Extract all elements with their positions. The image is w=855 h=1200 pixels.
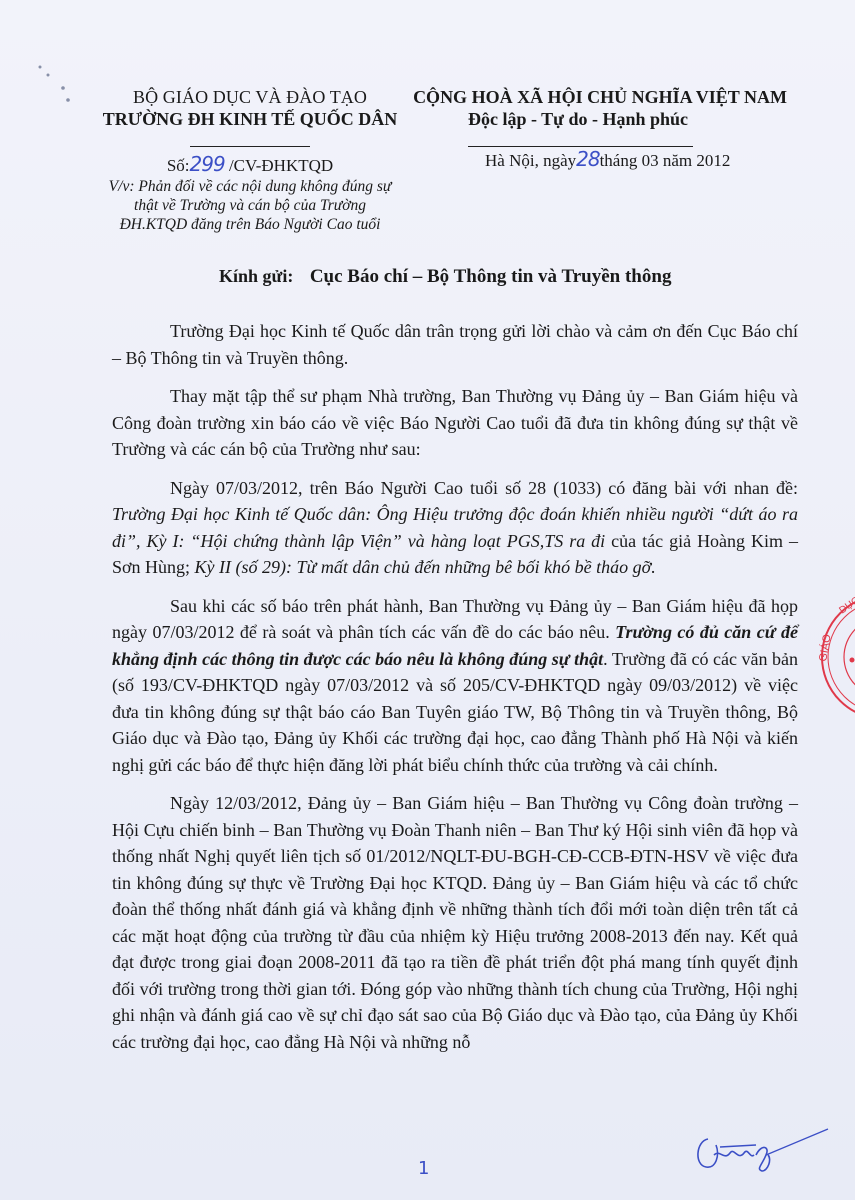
page-number: 1 bbox=[418, 1158, 429, 1179]
issuer-header: BỘ GIÁO DỤC VÀ ĐÀO TẠO TRƯỜNG ĐH KINH TẾ… bbox=[80, 86, 420, 234]
header-divider bbox=[190, 146, 310, 147]
doc-number-label: Số: bbox=[167, 156, 190, 175]
place-date: Hà Nội, ngày28tháng 03 năm 2012 bbox=[485, 148, 730, 172]
text-run: Ngày 07/03/2012, trên Báo Người Cao tuổi… bbox=[170, 478, 798, 498]
date-rest: tháng 03 năm 2012 bbox=[600, 151, 731, 170]
subject-line: V/v: Phản đối về các nội dung không đúng… bbox=[100, 177, 400, 234]
paragraph: Trường Đại học Kinh tế Quốc dân trân trọ… bbox=[112, 318, 798, 371]
doc-number-handwritten: 299 bbox=[190, 152, 225, 176]
svg-text:GIÁO: GIÁO bbox=[816, 633, 834, 663]
paragraph: Thay mặt tập thể sư phạm Nhà trường, Ban… bbox=[112, 383, 798, 463]
day-handwritten: 28 bbox=[576, 147, 599, 171]
staple-marks bbox=[30, 55, 80, 115]
national-motto: Độc lập - Tự do - Hạnh phúc bbox=[378, 108, 778, 130]
doc-number-code: /CV-ĐHKTQD bbox=[225, 156, 333, 175]
national-header: CỘNG HOÀ XÃ HỘI CHỦ NGHĨA VIỆT NAM Độc l… bbox=[400, 86, 800, 151]
recipient-label: Kính gửi: bbox=[219, 266, 293, 286]
nation-name: CỘNG HOÀ XÃ HỘI CHỦ NGHĨA VIỆT NAM bbox=[400, 86, 800, 108]
signature-initials bbox=[690, 1125, 830, 1175]
paragraph: Ngày 12/03/2012, Đảng ủy – Ban Giám hiệu… bbox=[112, 790, 798, 1055]
place-label: Hà Nội, ngày bbox=[485, 151, 576, 170]
article-title: Kỳ II (số 29): Từ mất dân chủ đến những … bbox=[195, 557, 656, 577]
document-number: Số:299 /CV-ĐHKTQD bbox=[80, 153, 420, 177]
ministry-name: BỘ GIÁO DỤC VÀ ĐÀO TẠO bbox=[80, 86, 420, 108]
paragraph: Sau khi các số báo trên phát hành, Ban T… bbox=[112, 593, 798, 779]
paragraph: Ngày 07/03/2012, trên Báo Người Cao tuổi… bbox=[112, 475, 798, 581]
letter-body: Trường Đại học Kinh tế Quốc dân trân trọ… bbox=[112, 318, 798, 1067]
recipient-value: Cục Báo chí – Bộ Thông tin và Truyền thô… bbox=[310, 266, 672, 287]
recipient-line: Kính gửi: Cục Báo chí – Bộ Thông tin và … bbox=[219, 266, 671, 288]
official-seal: GIÁO DỤC bbox=[812, 592, 855, 722]
document-page: BỘ GIÁO DỤC VÀ ĐÀO TẠO TRƯỜNG ĐH KINH TẾ… bbox=[0, 0, 855, 1200]
school-name: TRƯỜNG ĐH KINH TẾ QUỐC DÂN bbox=[80, 108, 420, 130]
